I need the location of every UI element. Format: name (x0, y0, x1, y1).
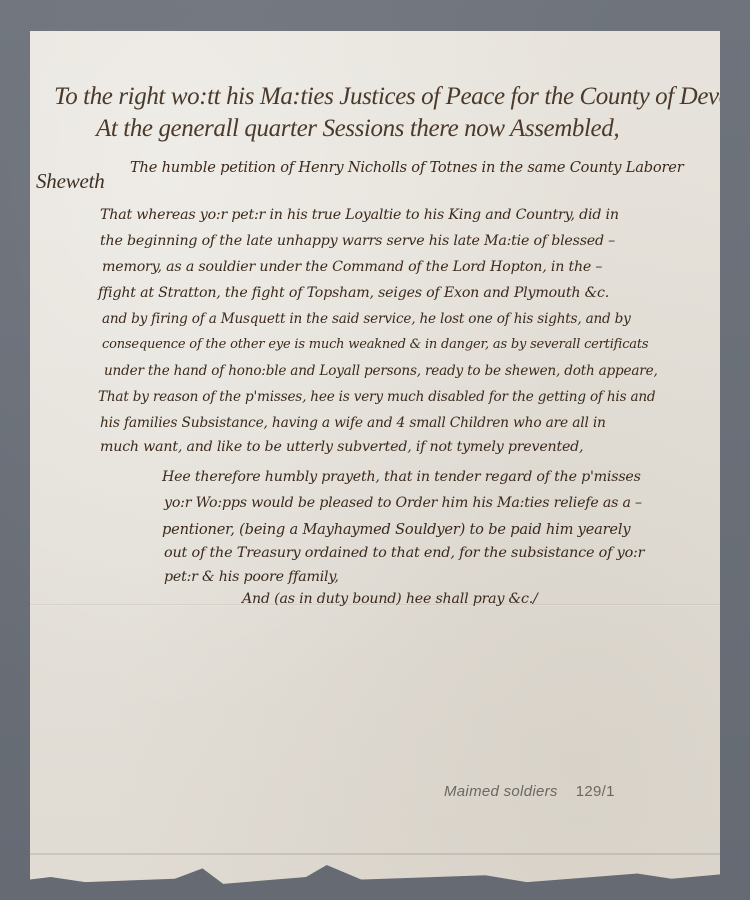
archive-label: Maimed soldiers (444, 783, 558, 800)
body-line: under the hand of hono:ble and Loyall pe… (104, 363, 658, 379)
body-line: much want, and like to be utterly subver… (100, 439, 583, 455)
body-line: his families Subsistance, having a wife … (100, 415, 606, 431)
body-line: memory, as a souldier under the Command … (102, 259, 602, 275)
prayer-line: Hee therefore humbly prayeth, that in te… (162, 469, 641, 485)
body-line: and by firing of a Musquett in the said … (102, 311, 631, 327)
body-line: the beginning of the late unhappy warrs … (100, 233, 615, 249)
margin-label-sheweth: Sheweth (36, 169, 105, 194)
body-line: consequence of the other eye is much wea… (102, 337, 648, 352)
body-line: That whereas yo:r pet:r in his true Loya… (100, 207, 619, 223)
prayer-line: out of the Treasury ordained to that end… (164, 545, 644, 561)
closing-line: And (as in duty bound) hee shall pray &c… (242, 591, 538, 607)
prayer-line: yo:r Wo:pps would be pleased to Order hi… (164, 495, 642, 511)
prayer-line: pentioner, (being a Mayhaymed Souldyer) … (162, 521, 630, 538)
archive-annotation: Maimed soldiers129/1 (444, 783, 615, 800)
address-line-2: At the generall quarter Sessions there n… (96, 115, 619, 143)
bottom-fold-line (30, 853, 720, 855)
address-line-1: To the right wo:tt his Ma:ties Justices … (54, 83, 743, 111)
prayer-line: pet:r & his poore ffamily, (164, 569, 339, 585)
body-line: That by reason of the p'misses, hee is v… (98, 389, 655, 405)
body-line: ffight at Stratton, the fight of Topsham… (98, 285, 609, 301)
archive-reference: 129/1 (576, 783, 615, 800)
manuscript-page: To the right wo:tt his Ma:ties Justices … (30, 31, 720, 889)
petition-intro: The humble petition of Henry Nicholls of… (130, 159, 684, 176)
